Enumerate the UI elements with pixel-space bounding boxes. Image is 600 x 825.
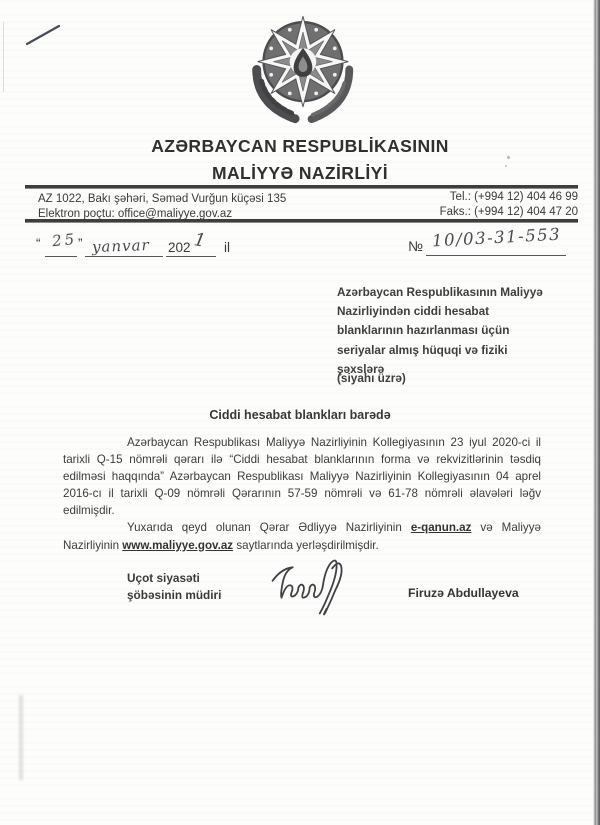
date-day-handwritten: 25 [51,230,78,251]
signer-position: Uçot siyasəti şöbəsinin müdiri [127,570,221,604]
body-paragraph-2: Yuxarıda qeyd olunan Qərar Ədliyyə Nazir… [63,519,541,553]
ministry-contacts: Tel.: (+994 12) 404 46 99 Faks.: (+994 1… [440,190,578,219]
scan-edge-shadow [593,0,600,825]
telephone-line: Tel.: (+994 12) 404 46 99 [440,190,578,205]
paragraph2-text: Yuxarıda qeyd olunan Qərar Ədliyyə Nazir… [127,521,411,534]
date-year-underline [166,256,216,257]
date-open-quote: “ [36,236,41,251]
date-month-underline [85,256,163,257]
signer-position-line1: Uçot siyasəti [127,570,221,587]
scan-speck [505,165,507,167]
handwritten-signature [268,556,358,618]
ministry-address: AZ 1022, Bakı şəhəri, Səməd Vurğun küçəs… [38,192,286,221]
addressee-list-note: (siyahı üzrə) [337,371,406,385]
letterhead-title-line1: AZƏRBAYCAN RESPUBLİKASININ [0,133,600,160]
date-month-handwritten: yanvar [92,236,150,256]
letterhead-title: AZƏRBAYCAN RESPUBLİKASININ MALİYYƏ NAZİR… [0,133,600,187]
date-year-digit-handwritten: 1 [192,229,207,252]
date-year-printed: 202 [168,240,191,255]
e-qanun-link-text: e-qanun.az [411,521,472,534]
scanned-letter-page: AZƏRBAYCAN RESPUBLİKASININ MALİYYƏ NAZİR… [0,0,600,825]
fax-line: Faks.: (+994 12) 404 47 20 [440,205,578,220]
body-paragraph-1: Azərbaycan Respublikası Maliyyə Nazirliy… [63,434,541,519]
date-day-underline [45,256,77,257]
maliyye-gov-link-text: www.maliyye.gov.az [122,539,233,552]
addressee-block: Azərbaycan Respublikasının Maliyyə Nazir… [337,283,569,379]
paragraph2-text: saytlarında yerləşdirilmişdir. [233,539,379,552]
signer-position-line2: şöbəsinin müdiri [127,587,221,604]
subject-line: Ciddi hesabat blankları barədə [0,408,600,422]
addressee-line: blanklarının hazırlanması üçün [337,321,569,340]
addressee-line: Azərbaycan Respublikasının Maliyyə [337,283,569,302]
azerbaijan-emblem-icon [238,12,366,124]
scan-speck [507,156,510,159]
coat-of-arms [238,12,366,124]
signer-name: Firuzə Abdullayeva [408,586,519,600]
pen-mark-artifact [20,18,70,53]
header-divider-top [25,185,578,189]
header-divider-bottom [25,219,578,223]
letter-body: Azərbaycan Respublikası Maliyyə Nazirliy… [63,434,541,554]
reference-number-underline [426,255,566,256]
letterhead-title-line2: MALİYYƏ NAZİRLİYİ [0,160,600,187]
signature-icon [268,556,358,618]
scan-left-line-artifact [3,22,4,92]
reference-number-handwritten: 10/03-31-553 [432,225,562,251]
scan-smudge-artifact [19,695,23,780]
address-line: AZ 1022, Bakı şəhəri, Səməd Vurğun küçəs… [38,192,286,207]
date-il-suffix: il [224,240,230,255]
addressee-line: Nazirliyindən ciddi hesabat [337,302,569,321]
addressee-line: seriyalar almış hüquqi və fiziki [337,341,569,360]
number-sign: № [408,238,423,254]
date-close-quote: ” [78,236,83,251]
